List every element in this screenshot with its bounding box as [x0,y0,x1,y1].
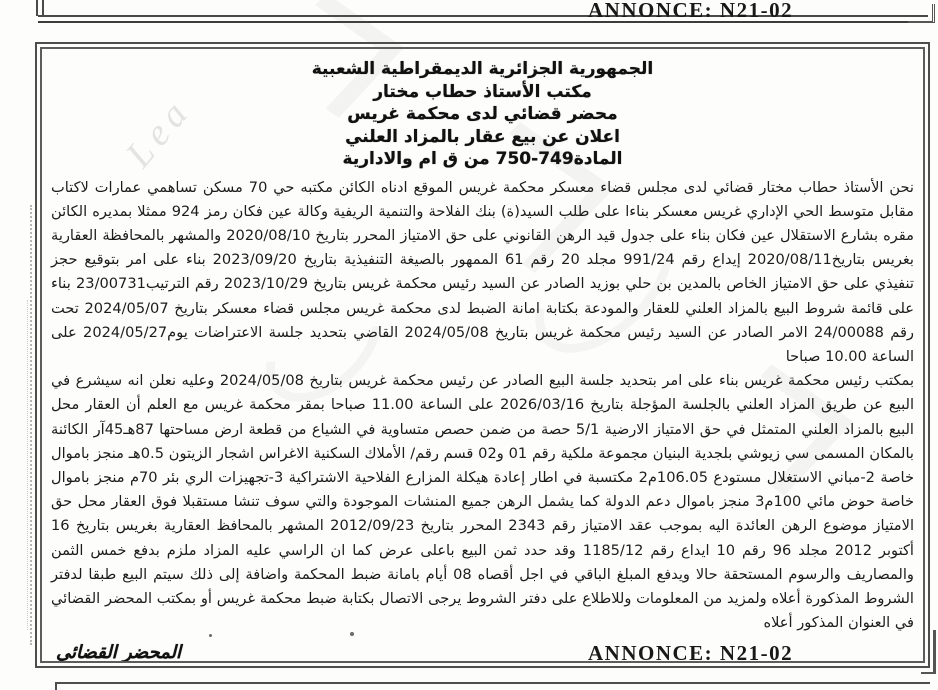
body-paragraph-1: نحن الأستاذ حطاب مختار قضائي لدى مجلس قض… [51,176,914,370]
header-office-line: مكتب الأستاذ حطاب مختار [51,81,914,104]
previous-frame-bottom-border [38,15,928,23]
previous-frame-left-border [36,0,44,16]
header-auction-title-line: اعلان عن بيع عقار بالمزاد العلني [51,126,914,149]
annonce-label-top: ANNONCE: N21-02 [588,1,793,19]
document-body: نحن الأستاذ حطاب مختار قضائي لدى مجلس قض… [51,176,914,636]
scan-speck [209,634,212,637]
announcement-frame: الجمهورية الجزائرية الديمقراطية الشعبية … [35,42,930,668]
scanned-newspaper-page: Lea ANNONCE: N21-02 الجمهورية الجزائرية … [0,0,938,690]
header-republic-line: الجمهورية الجزائرية الديمقراطية الشعبية [51,58,914,81]
scan-speck [350,632,354,636]
next-frame-top-border [55,682,930,690]
annonce-label-bottom: ANNONCE: N21-02 [588,644,793,662]
scan-noise-left-edge [27,300,28,630]
document-header: الجمهورية الجزائرية الديمقراطية الشعبية … [51,58,914,171]
body-paragraph-2: بمكتب رئيس محكمة غريس بناء على امر بتحدي… [51,369,914,635]
header-article-line: المادة749-750 من ق ام والادارية [51,148,914,171]
scan-noise-left-edge [30,205,32,645]
header-bailiff-line: محضر قضائي لدى محكمة غريس [51,103,914,126]
scan-speck [420,593,422,595]
previous-frame-corner [908,4,935,23]
announcement-frame-inner: الجمهورية الجزائرية الديمقراطية الشعبية … [40,47,925,663]
